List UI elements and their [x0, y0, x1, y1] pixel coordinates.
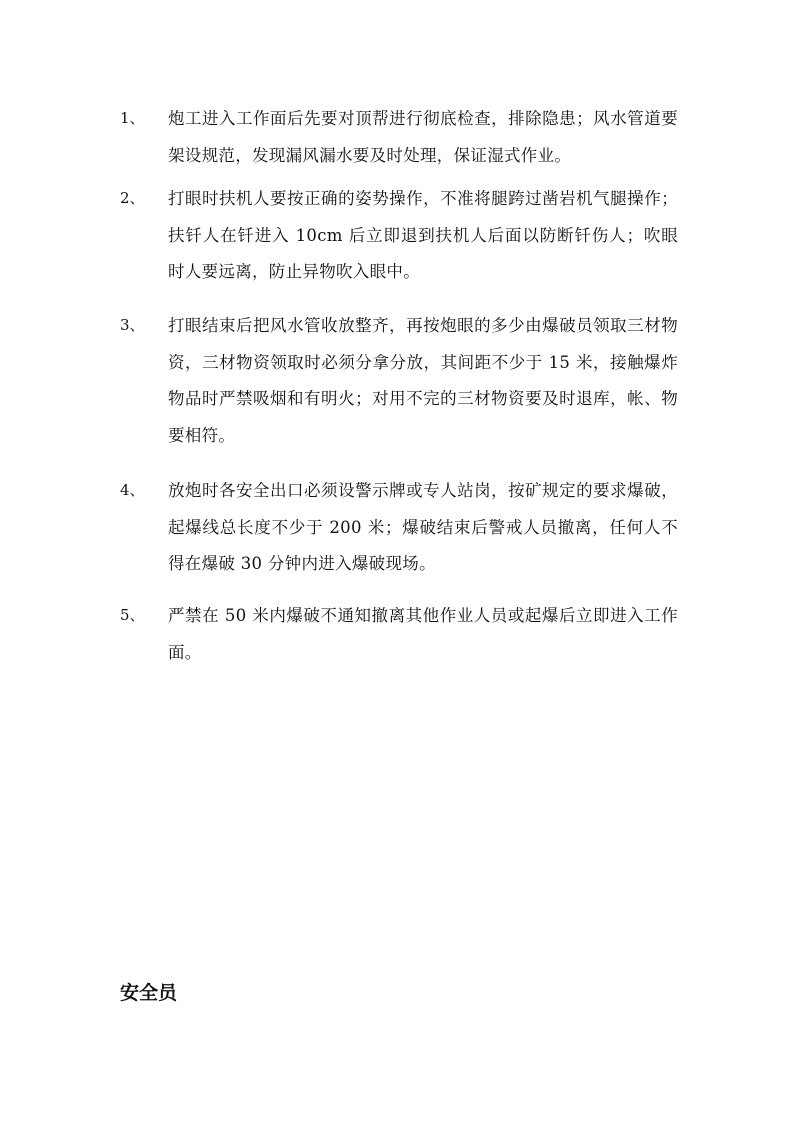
item-text: 严禁在 50 米内爆破不通知撤离其他作业人员或起爆后立即进入工作面。: [168, 598, 678, 671]
item-number: 4、: [120, 480, 145, 500]
item-number: 3、: [120, 315, 145, 335]
item-text: 放炮时各安全出口必须设警示牌或专人站岗，按矿规定的要求爆破，起爆线总长度不少于 …: [168, 473, 678, 583]
item-text: 打眼时扶机人要按正确的姿势操作，不准将腿跨过凿岩机气腿操作；扶钎人在钎进入 10…: [168, 181, 678, 291]
item-number: 2、: [120, 188, 145, 208]
item-number: 1、: [120, 108, 145, 128]
signature-label: 安全员: [120, 978, 177, 1005]
item-text: 炮工进入工作面后先要对顶帮进行彻底检查，排除隐患；风水管道要架设规范，发现漏风漏…: [168, 101, 678, 174]
item-number: 5、: [120, 605, 145, 625]
item-text: 打眼结束后把风水管收放整齐，再按炮眼的多少由爆破员领取三材物资，三材物资领取时必…: [168, 308, 678, 454]
